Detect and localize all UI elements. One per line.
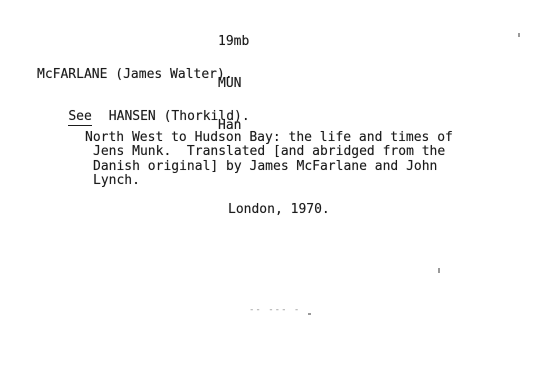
catalog-card: 19mb MUN Han McFARLANE (James Walter). S… [0, 0, 550, 374]
scan-artifact [518, 33, 520, 37]
imprint-line: London, 1970. [228, 203, 330, 217]
shelfmark-line-1: 19mb [218, 35, 249, 49]
note-line-2: Jens Munk. Translated [and abridged from… [93, 145, 445, 159]
see-label: See [68, 110, 91, 126]
separator-dashes: -- --- - [249, 306, 300, 315]
see-target: HANSEN (Thorkild). [109, 109, 250, 124]
note-line-1: North West to Hudson Bay: the life and t… [85, 131, 453, 145]
heading-entry: McFARLANE (James Walter). [37, 68, 233, 82]
note-line-3: Danish original] by James McFarlane and … [93, 160, 437, 174]
scan-artifact [308, 313, 311, 315]
scan-artifact [438, 268, 440, 273]
note-line-4: Lynch. [93, 174, 140, 188]
